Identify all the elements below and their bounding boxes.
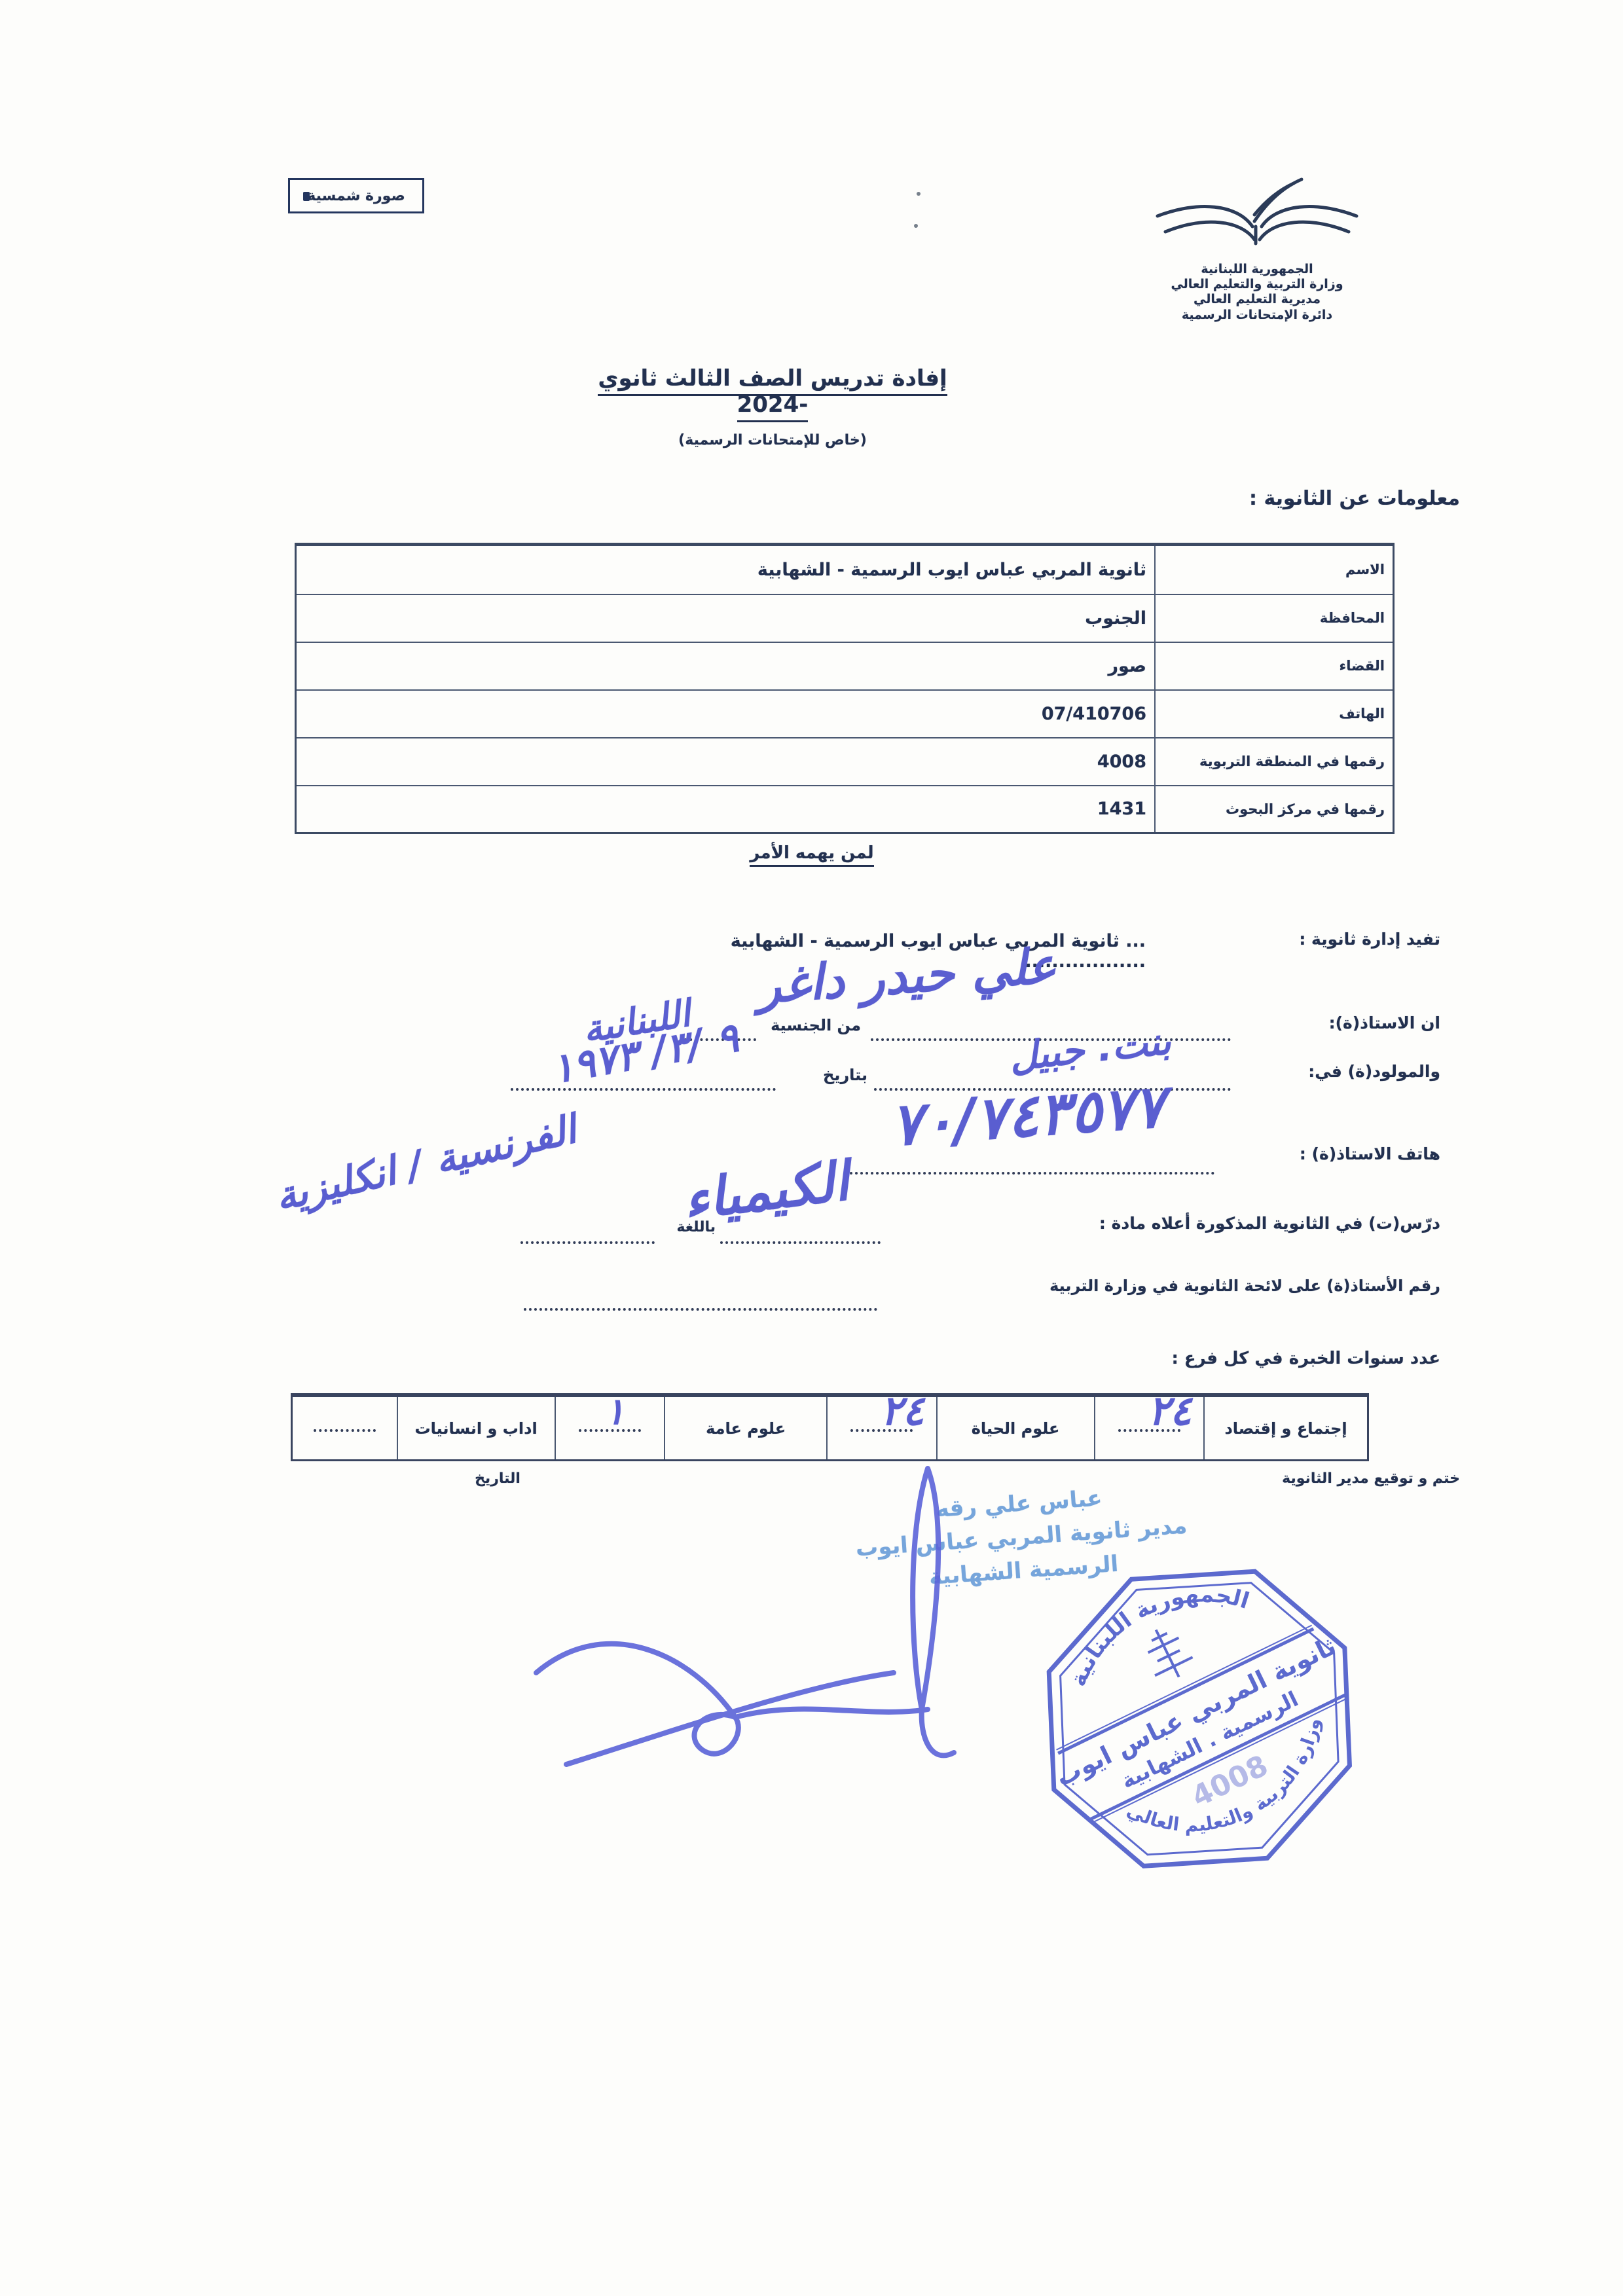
experience-table: إجتماع و إقتصاد ٢٤ علوم الحياة ٢٤ علوم ع…: [291, 1393, 1369, 1461]
exp-value-economics-cell: ٢٤: [1094, 1397, 1204, 1459]
table-row: المحافظة الجنوب: [296, 594, 1394, 642]
roster-number-fill-line: [524, 1304, 877, 1311]
row-value: 4008: [1097, 752, 1146, 772]
exp-label-humanities: اداب و انسانيات: [397, 1397, 555, 1459]
subject-fill-line: [720, 1237, 881, 1244]
teacher-phone-label: هاتف الاستاذ(ة) :: [1231, 1144, 1440, 1163]
row-label: رقمها في المنطقة التربوية: [1155, 738, 1394, 786]
row-value: الجنوب: [296, 594, 1156, 642]
to-whom-heading: لمن يهمه الأمر: [714, 843, 910, 863]
row-label: الاسم: [1155, 545, 1394, 594]
photo-box-label: صورة شمسية: [307, 188, 405, 204]
teacher-label: ان الاستاذ(ة):: [1244, 1013, 1440, 1032]
gov-line-directorate: مديرية التعليم العالي: [1126, 292, 1388, 307]
taught-subject-label: درّس(ت) في الثانوية المذكورة أعلاه مادة …: [1048, 1214, 1440, 1233]
table-row: رقمها في مركز البحوث 1431: [296, 786, 1394, 833]
exp-value-handwriting: ٢٤: [1148, 1387, 1192, 1434]
row-label: المحافظة: [1155, 594, 1394, 642]
document-title: إفادة تدريس الصف الثالث ثانوي -2024: [589, 365, 956, 418]
roster-number-label: رقم الأستاذ(ة) على لائحة الثانوية في وزا…: [1028, 1277, 1440, 1295]
table-row: القضاء صور: [296, 642, 1394, 690]
table-row: الاسم ثانوية المربي عباس ايوب الرسمية - …: [296, 545, 1394, 594]
birthdate-label: بتاريخ: [782, 1066, 867, 1084]
scanned-document-page: صورة شمسية الجمهورية اللبنانية وزارة الت…: [0, 0, 1623, 2296]
scan-speck: [914, 224, 918, 228]
exp-fill-line: [314, 1425, 376, 1432]
experience-heading: عدد سنوات الخبرة في كل فرع :: [1133, 1349, 1440, 1368]
stamp-signature-label: ختم و توقيع مدير الثانوية: [1178, 1470, 1460, 1487]
table-row: رقمها في المنطقة التربوية 4008: [296, 738, 1394, 786]
language-handwriting: الفرنسية / انكليزية: [216, 1094, 634, 1233]
date-label: التاريخ: [458, 1470, 537, 1487]
school-info-heading: معلومات عن الثانوية :: [1106, 487, 1460, 510]
row-label: القضاء: [1155, 642, 1394, 690]
exp-label-economics: إجتماع و إقتصاد: [1203, 1397, 1367, 1459]
scan-speck: [917, 192, 921, 196]
open-book-quill-logo: [1146, 175, 1368, 261]
exp-value-humanities-cell: [293, 1397, 397, 1459]
ministry-header: الجمهورية اللبنانية وزارة التربية والتعل…: [1126, 175, 1388, 323]
document-subtitle: (خاص للإمتحانات الرسمية): [655, 432, 890, 448]
declares-label: تفيد إدارة ثانوية :: [1113, 930, 1440, 949]
gov-line-republic: الجمهورية اللبنانية: [1126, 262, 1388, 277]
born-label: والمولود(ة) في:: [1237, 1062, 1440, 1081]
exp-label-life-sciences: علوم الحياة: [936, 1397, 1094, 1459]
row-label: الهاتف: [1155, 690, 1394, 738]
subject-handwriting: الكيمياء: [587, 1139, 945, 1243]
photo-box-mark: [303, 192, 310, 201]
table-row: الهاتف 07/410706: [296, 690, 1394, 738]
gov-line-ministry: وزارة التربية والتعليم العالي: [1126, 277, 1388, 292]
row-value: 07/410706: [1042, 704, 1146, 724]
exp-value-life-sciences-cell: ٢٤: [826, 1397, 936, 1459]
photo-placeholder-box: صورة شمسية: [288, 178, 424, 213]
row-label: رقمها في مركز البحوث: [1155, 786, 1394, 833]
school-info-table: الاسم ثانوية المربي عباس ايوب الرسمية - …: [295, 543, 1395, 834]
exp-value-general-sciences-cell: ١: [555, 1397, 665, 1459]
principal-signature: [527, 1457, 985, 1791]
exp-value-handwriting: ٢٤: [881, 1387, 924, 1434]
row-value: ثانوية المربي عباس ايوب الرسمية - الشهاب…: [296, 545, 1156, 594]
cedar-tree-icon: [1137, 1621, 1198, 1686]
exp-value-handwriting: ١: [605, 1391, 625, 1433]
row-value: 1431: [1097, 799, 1146, 819]
exp-label-general-sciences: علوم عامة: [664, 1397, 826, 1459]
row-value: صور: [296, 642, 1156, 690]
gov-line-exams-dept: دائرة الإمتحانات الرسمية: [1126, 308, 1388, 323]
